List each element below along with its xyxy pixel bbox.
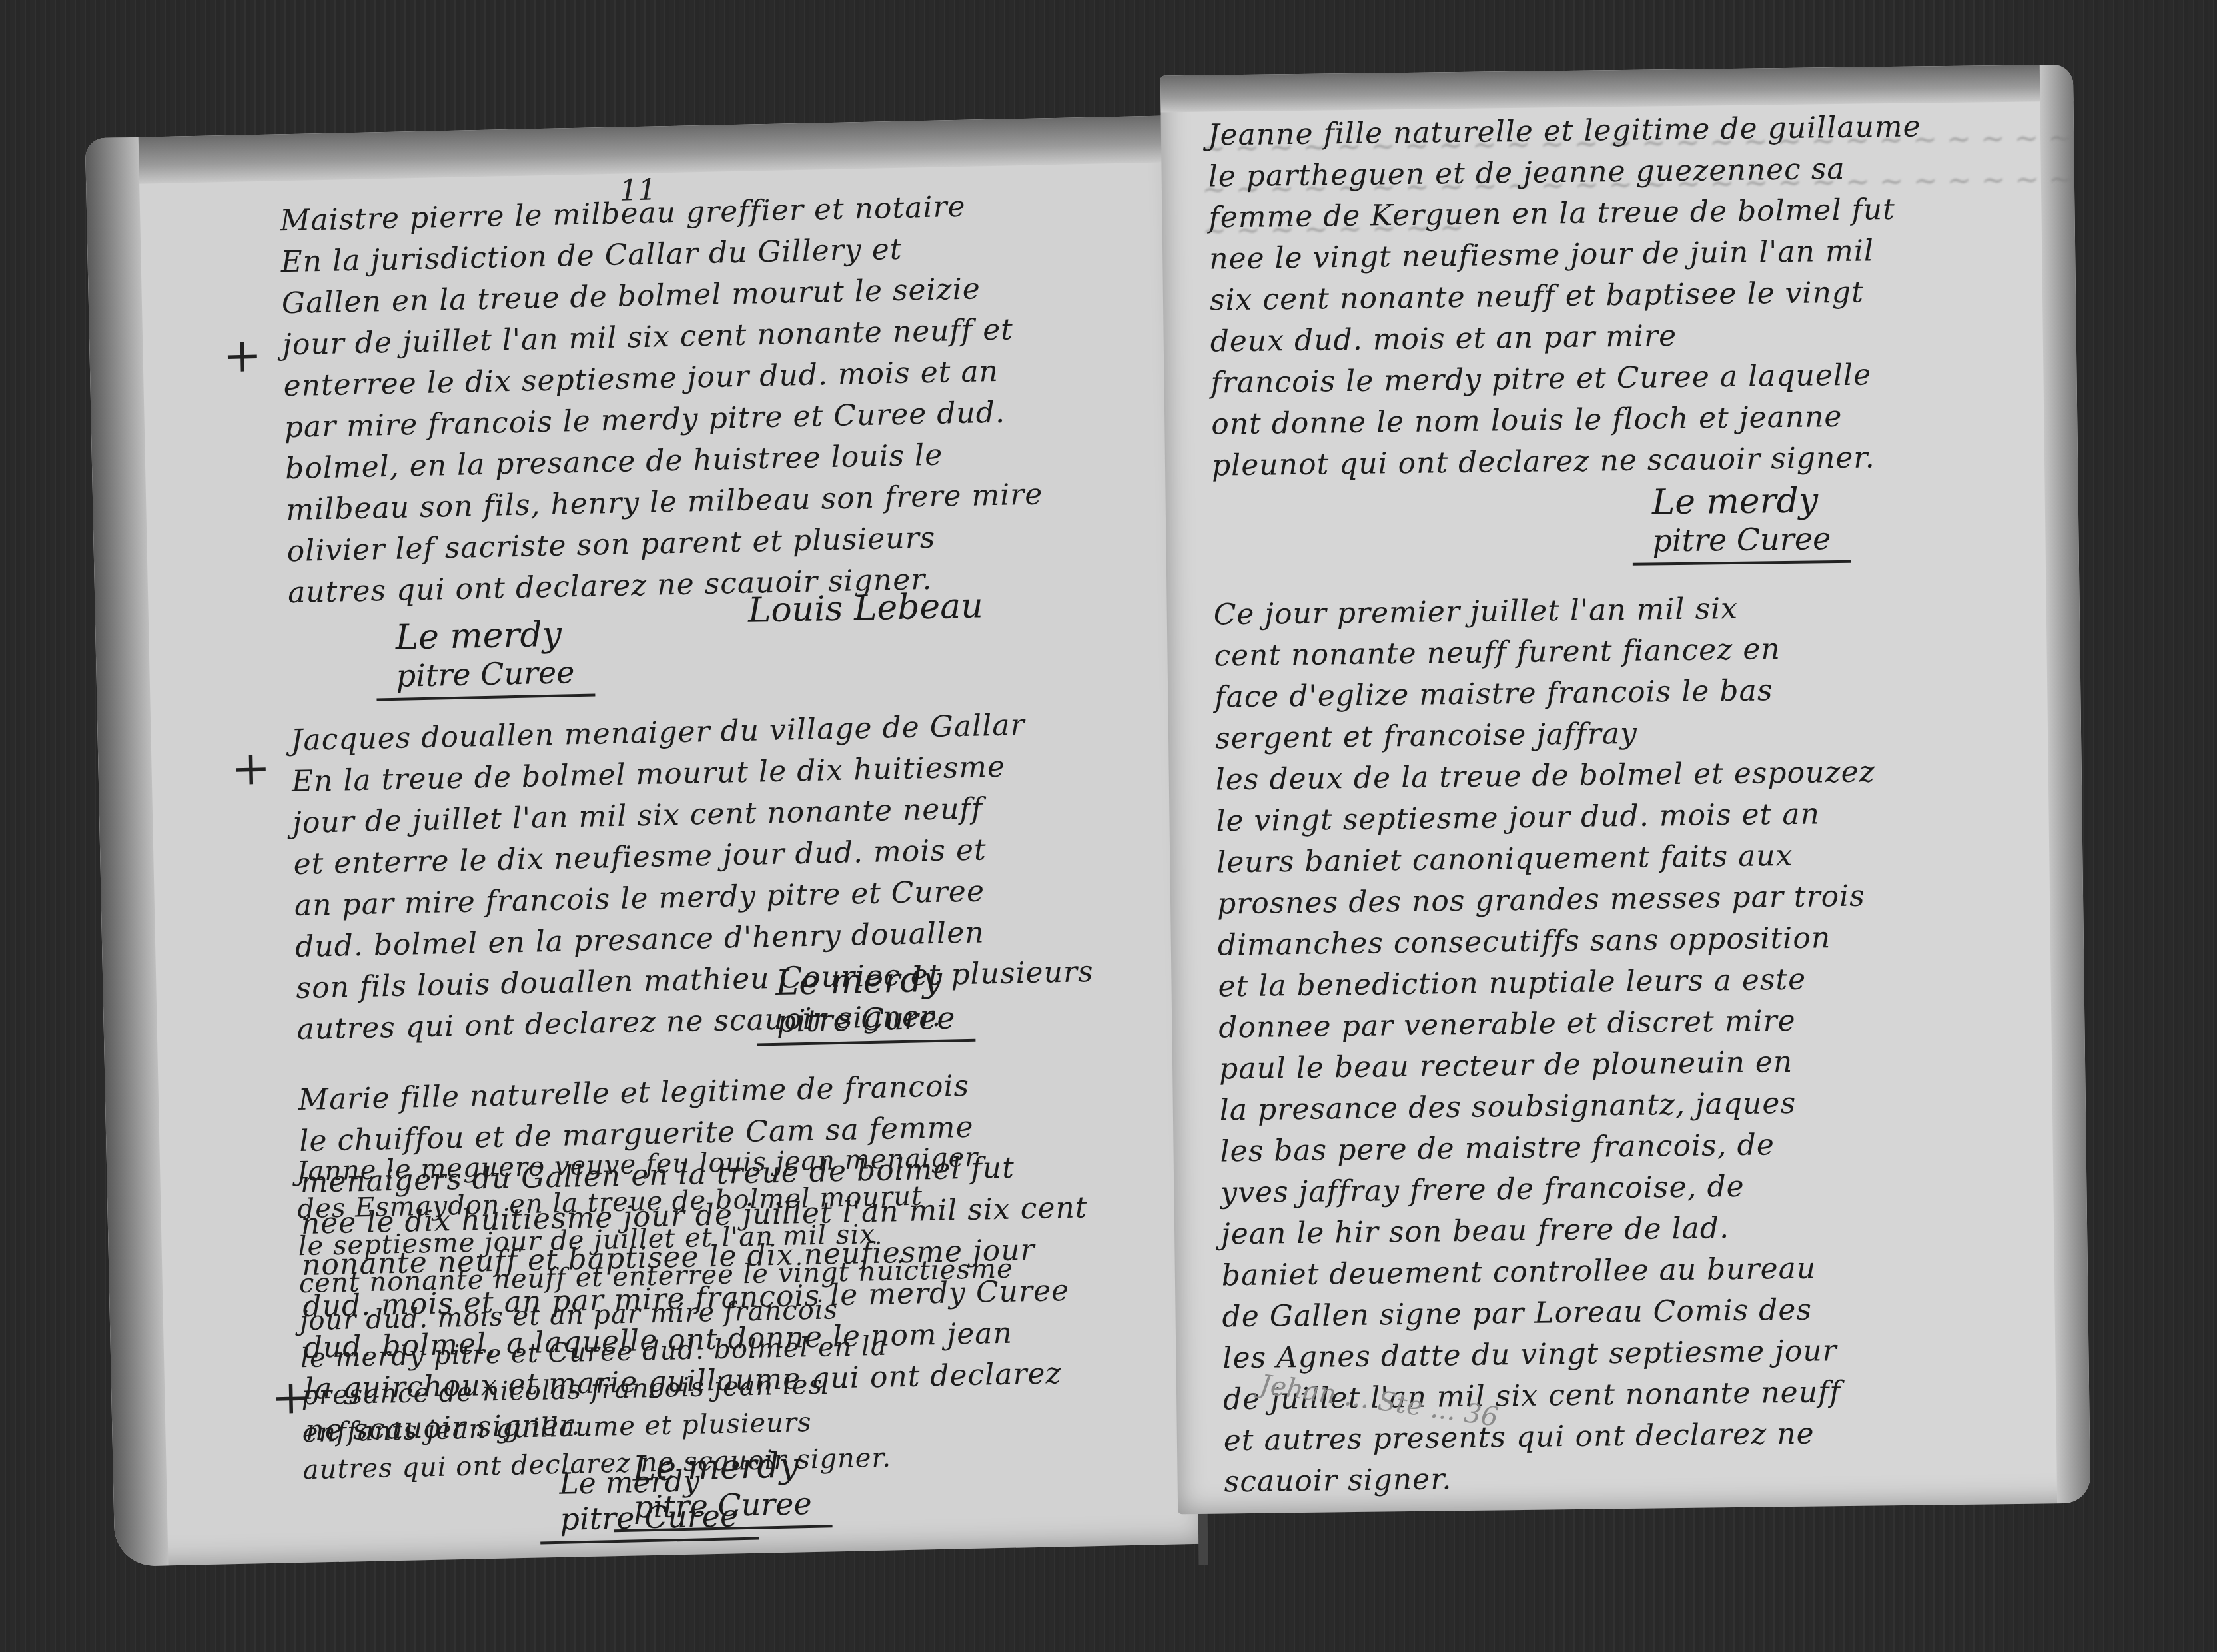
signature: Le merdy pitre Curee [755,959,975,1046]
register-entry: Ce jour premier juillet l'an mil six cen… [1213,586,1884,1503]
signature-name: Le merdy [1651,480,1818,522]
register-entry: Janne le meguero veuve feu louis jean me… [296,1138,1017,1489]
entry-line: la presance des soubsignantz, jaques [1219,1082,1879,1131]
page-edge-left [85,137,169,1567]
entry-line: scauoir signer. [1224,1453,1884,1503]
signature-name: Le merdy [559,1464,700,1501]
page-edge-top [1160,65,2074,113]
witness-signature: Louis Lebeau [727,586,1003,635]
signature-title: pitre Curee [1652,520,1831,558]
signature-name: Le merdy [775,960,943,1003]
signature-title: pitre Curee [560,1497,739,1537]
entry-line: cent nonante neuff furent fiancez en [1214,627,1874,677]
register-entry: Maistre pierre le milbeau greffier et no… [280,185,1045,614]
entry-line: et autres presents qui ont declarez ne [1224,1412,1884,1461]
page-edge-right [2040,65,2090,1503]
signature-title: pitre Curee [396,654,575,694]
signature: Le merdy pitre Curee [375,614,595,701]
open-register-book: 11 + + + Maistre pierre le milbeau greff… [60,53,2092,1585]
margin-cross-icon: + [222,328,262,383]
signature: Le merdy pitre Curee [539,1463,759,1545]
right-page: ~ ~ ~ ~ ~ ~ ~ ~ ~ ~ ~ ~ ~ ~ ~ ~ ~ ~ ~ ~ … [1160,65,2090,1515]
entry-line: pleunot qui ont declarez ne scauoir sign… [1212,436,1925,486]
register-entry: Jeanne fille naturelle et legitime de gu… [1208,107,1926,487]
entry-line: six cent nonante neuff et baptisee le vi… [1210,271,1923,321]
margin-cross-icon: + [231,741,271,796]
signature-title: pitre Curee [776,999,955,1039]
signature-name: Le merdy [395,615,562,658]
signature: Le merdy pitre Curee [1631,480,1851,566]
